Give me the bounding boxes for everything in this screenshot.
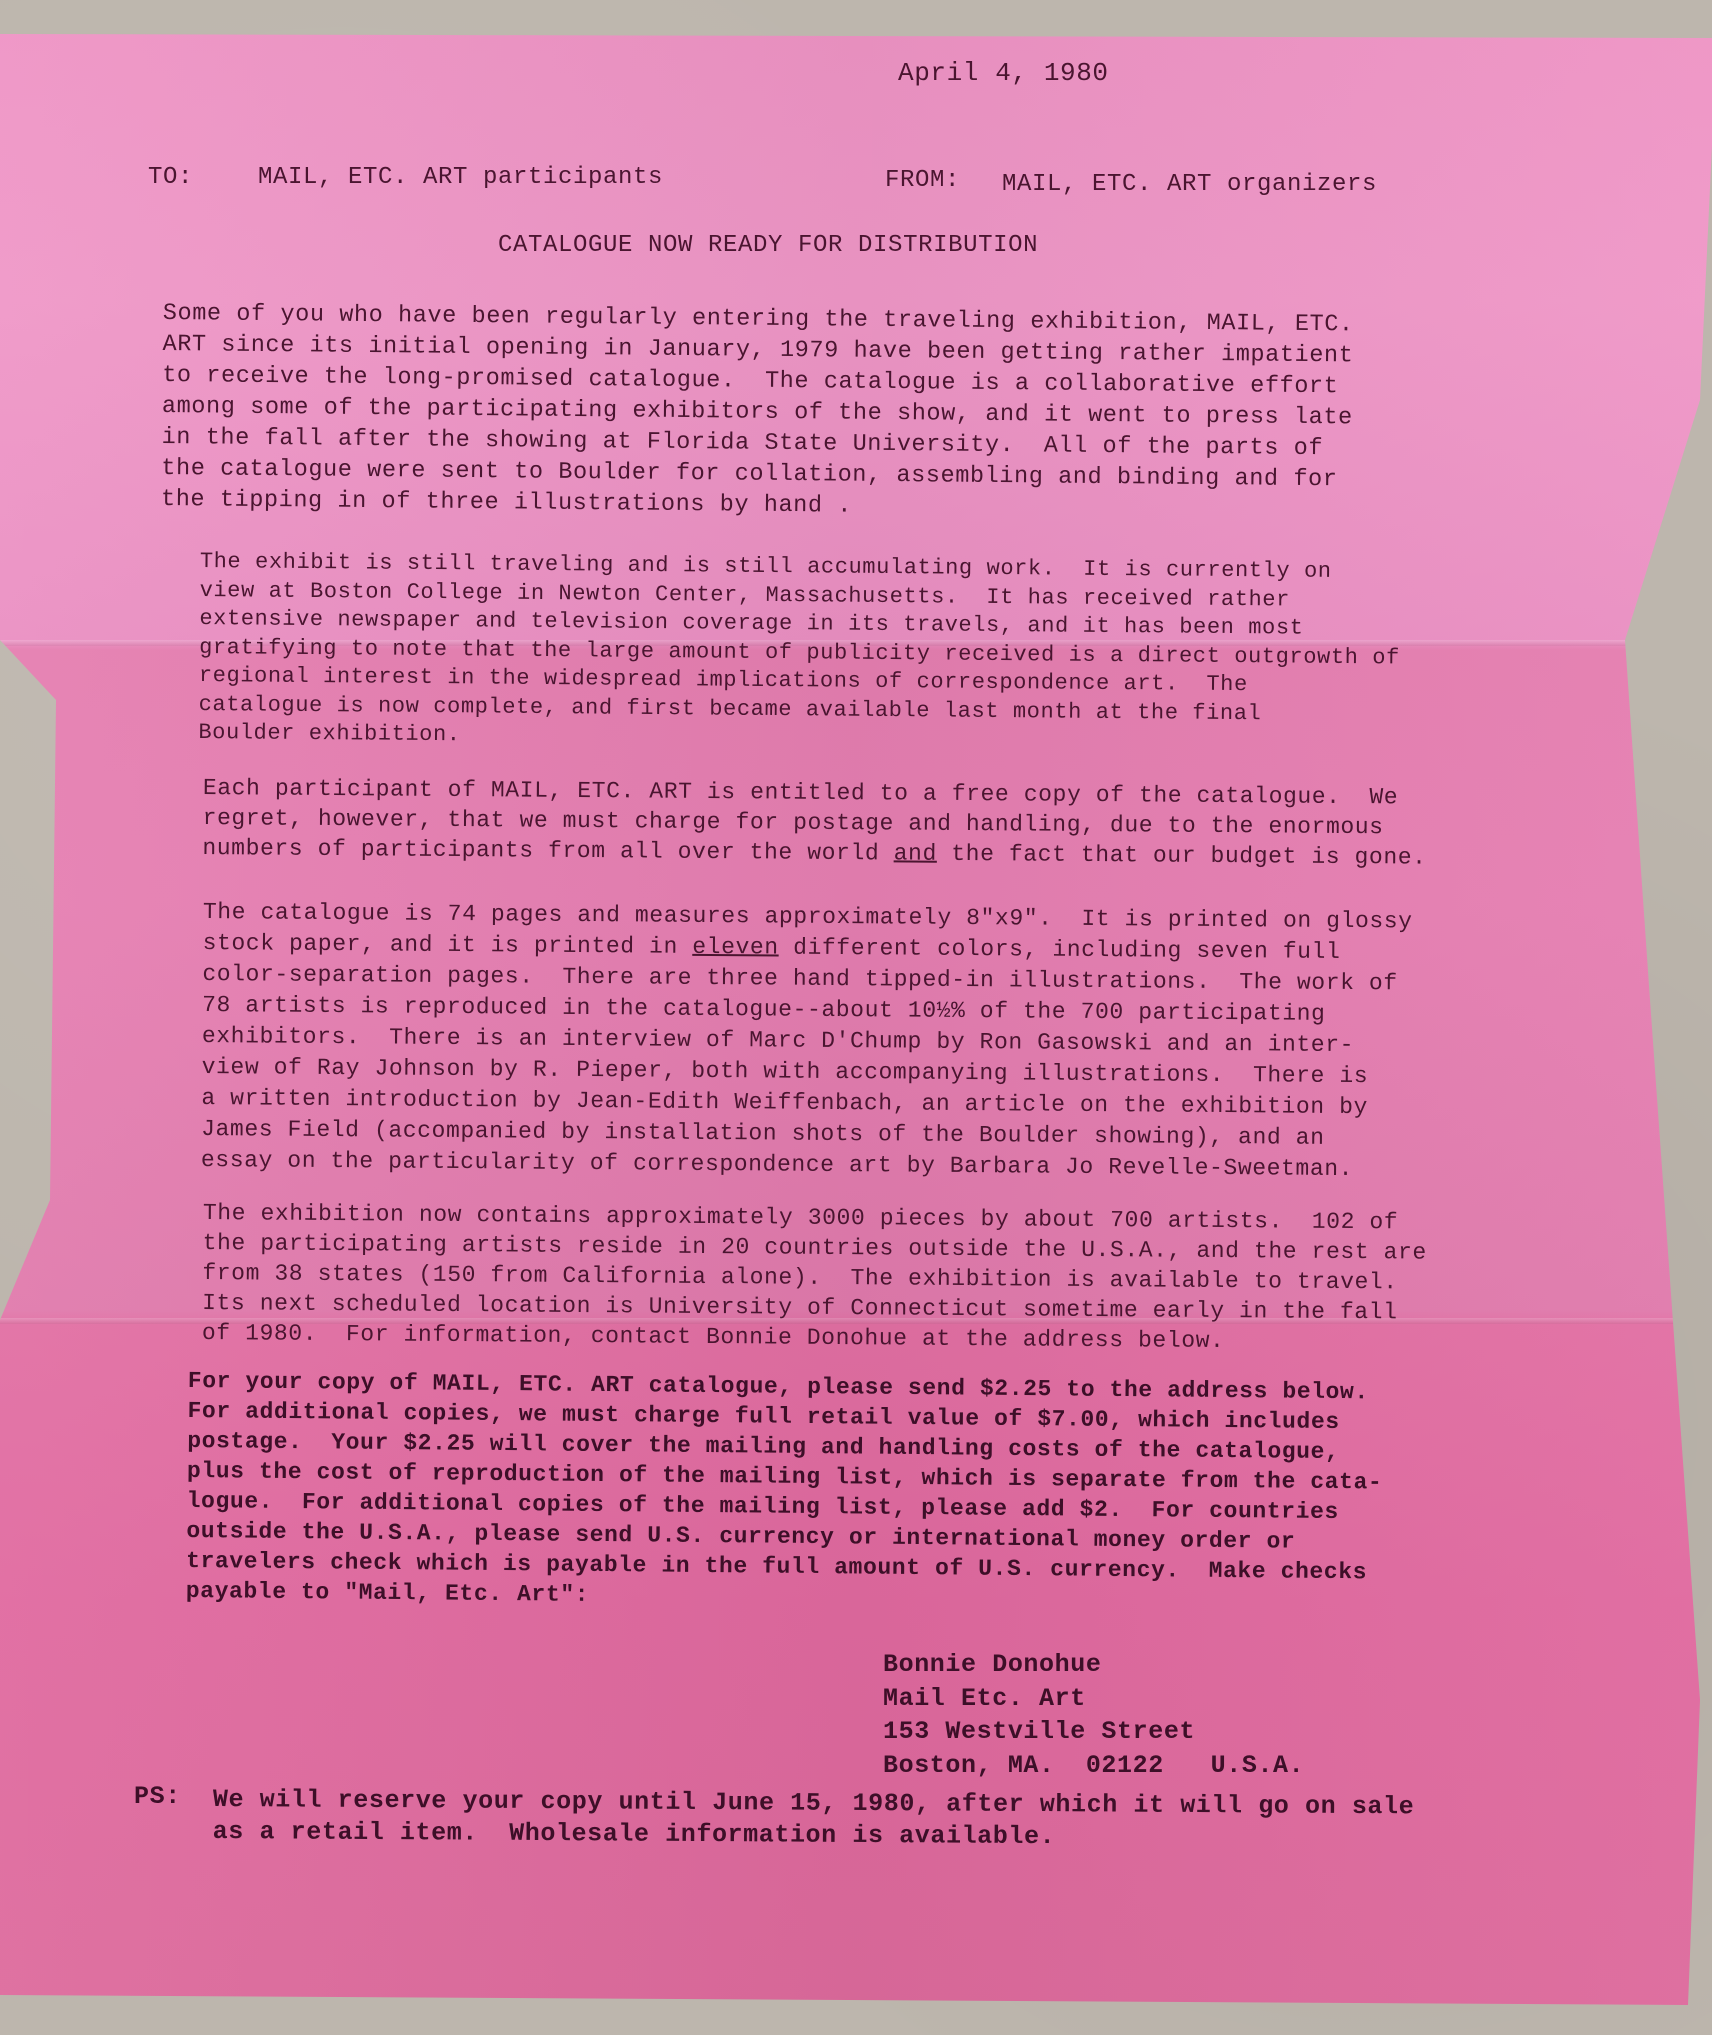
mailing-address: Bonnie Donohue Mail Etc. Art 153 Westvil… — [883, 1648, 1304, 1782]
address-organization: Mail Etc. Art — [883, 1682, 1304, 1716]
address-street: 153 Westville Street — [883, 1715, 1304, 1749]
text-segment: numbers of participants from all over th… — [202, 835, 893, 866]
from-label: FROM: — [885, 166, 960, 196]
paragraph-exhibit-traveling: The exhibit is still traveling and is st… — [198, 548, 1400, 758]
address-name: Bonnie Donohue — [883, 1648, 1304, 1682]
underlined-word: and — [894, 840, 937, 866]
paragraph-ordering-instructions: For your copy of MAIL, ETC. ART catalogu… — [186, 1366, 1384, 1617]
address-city: Boston, MA. 02122 U.S.A. — [883, 1749, 1304, 1783]
paragraph-free-copy: Each participant of MAIL, ETC. ART is en… — [202, 773, 1427, 873]
to-label: TO: — [148, 163, 193, 193]
postscript: We will reserve your copy until June 15,… — [213, 1784, 1415, 1855]
letter-date: April 4, 1980 — [898, 58, 1109, 88]
paragraph-catalogue-intro: Some of you who have been regularly ente… — [161, 298, 1354, 526]
ps-label: PS: — [134, 1782, 181, 1812]
text-segment: stock paper, and it is printed in — [203, 930, 693, 960]
letter-headline: CATALOGUE NOW READY FOR DISTRIBUTION — [498, 231, 1038, 261]
paragraph-exhibition-stats: The exhibition now contains approximatel… — [202, 1198, 1427, 1358]
text-segment: the fact that our budget is gone. — [937, 841, 1427, 871]
from-sender: MAIL, ETC. ART organizers — [1002, 170, 1377, 200]
underlined-word: eleven — [692, 934, 779, 961]
to-recipients: MAIL, ETC. ART participants — [258, 163, 663, 193]
paragraph-catalogue-details: The catalogue is 74 pages and measures a… — [201, 897, 1413, 1185]
text-segment: different colors, including seven full — [779, 935, 1341, 965]
